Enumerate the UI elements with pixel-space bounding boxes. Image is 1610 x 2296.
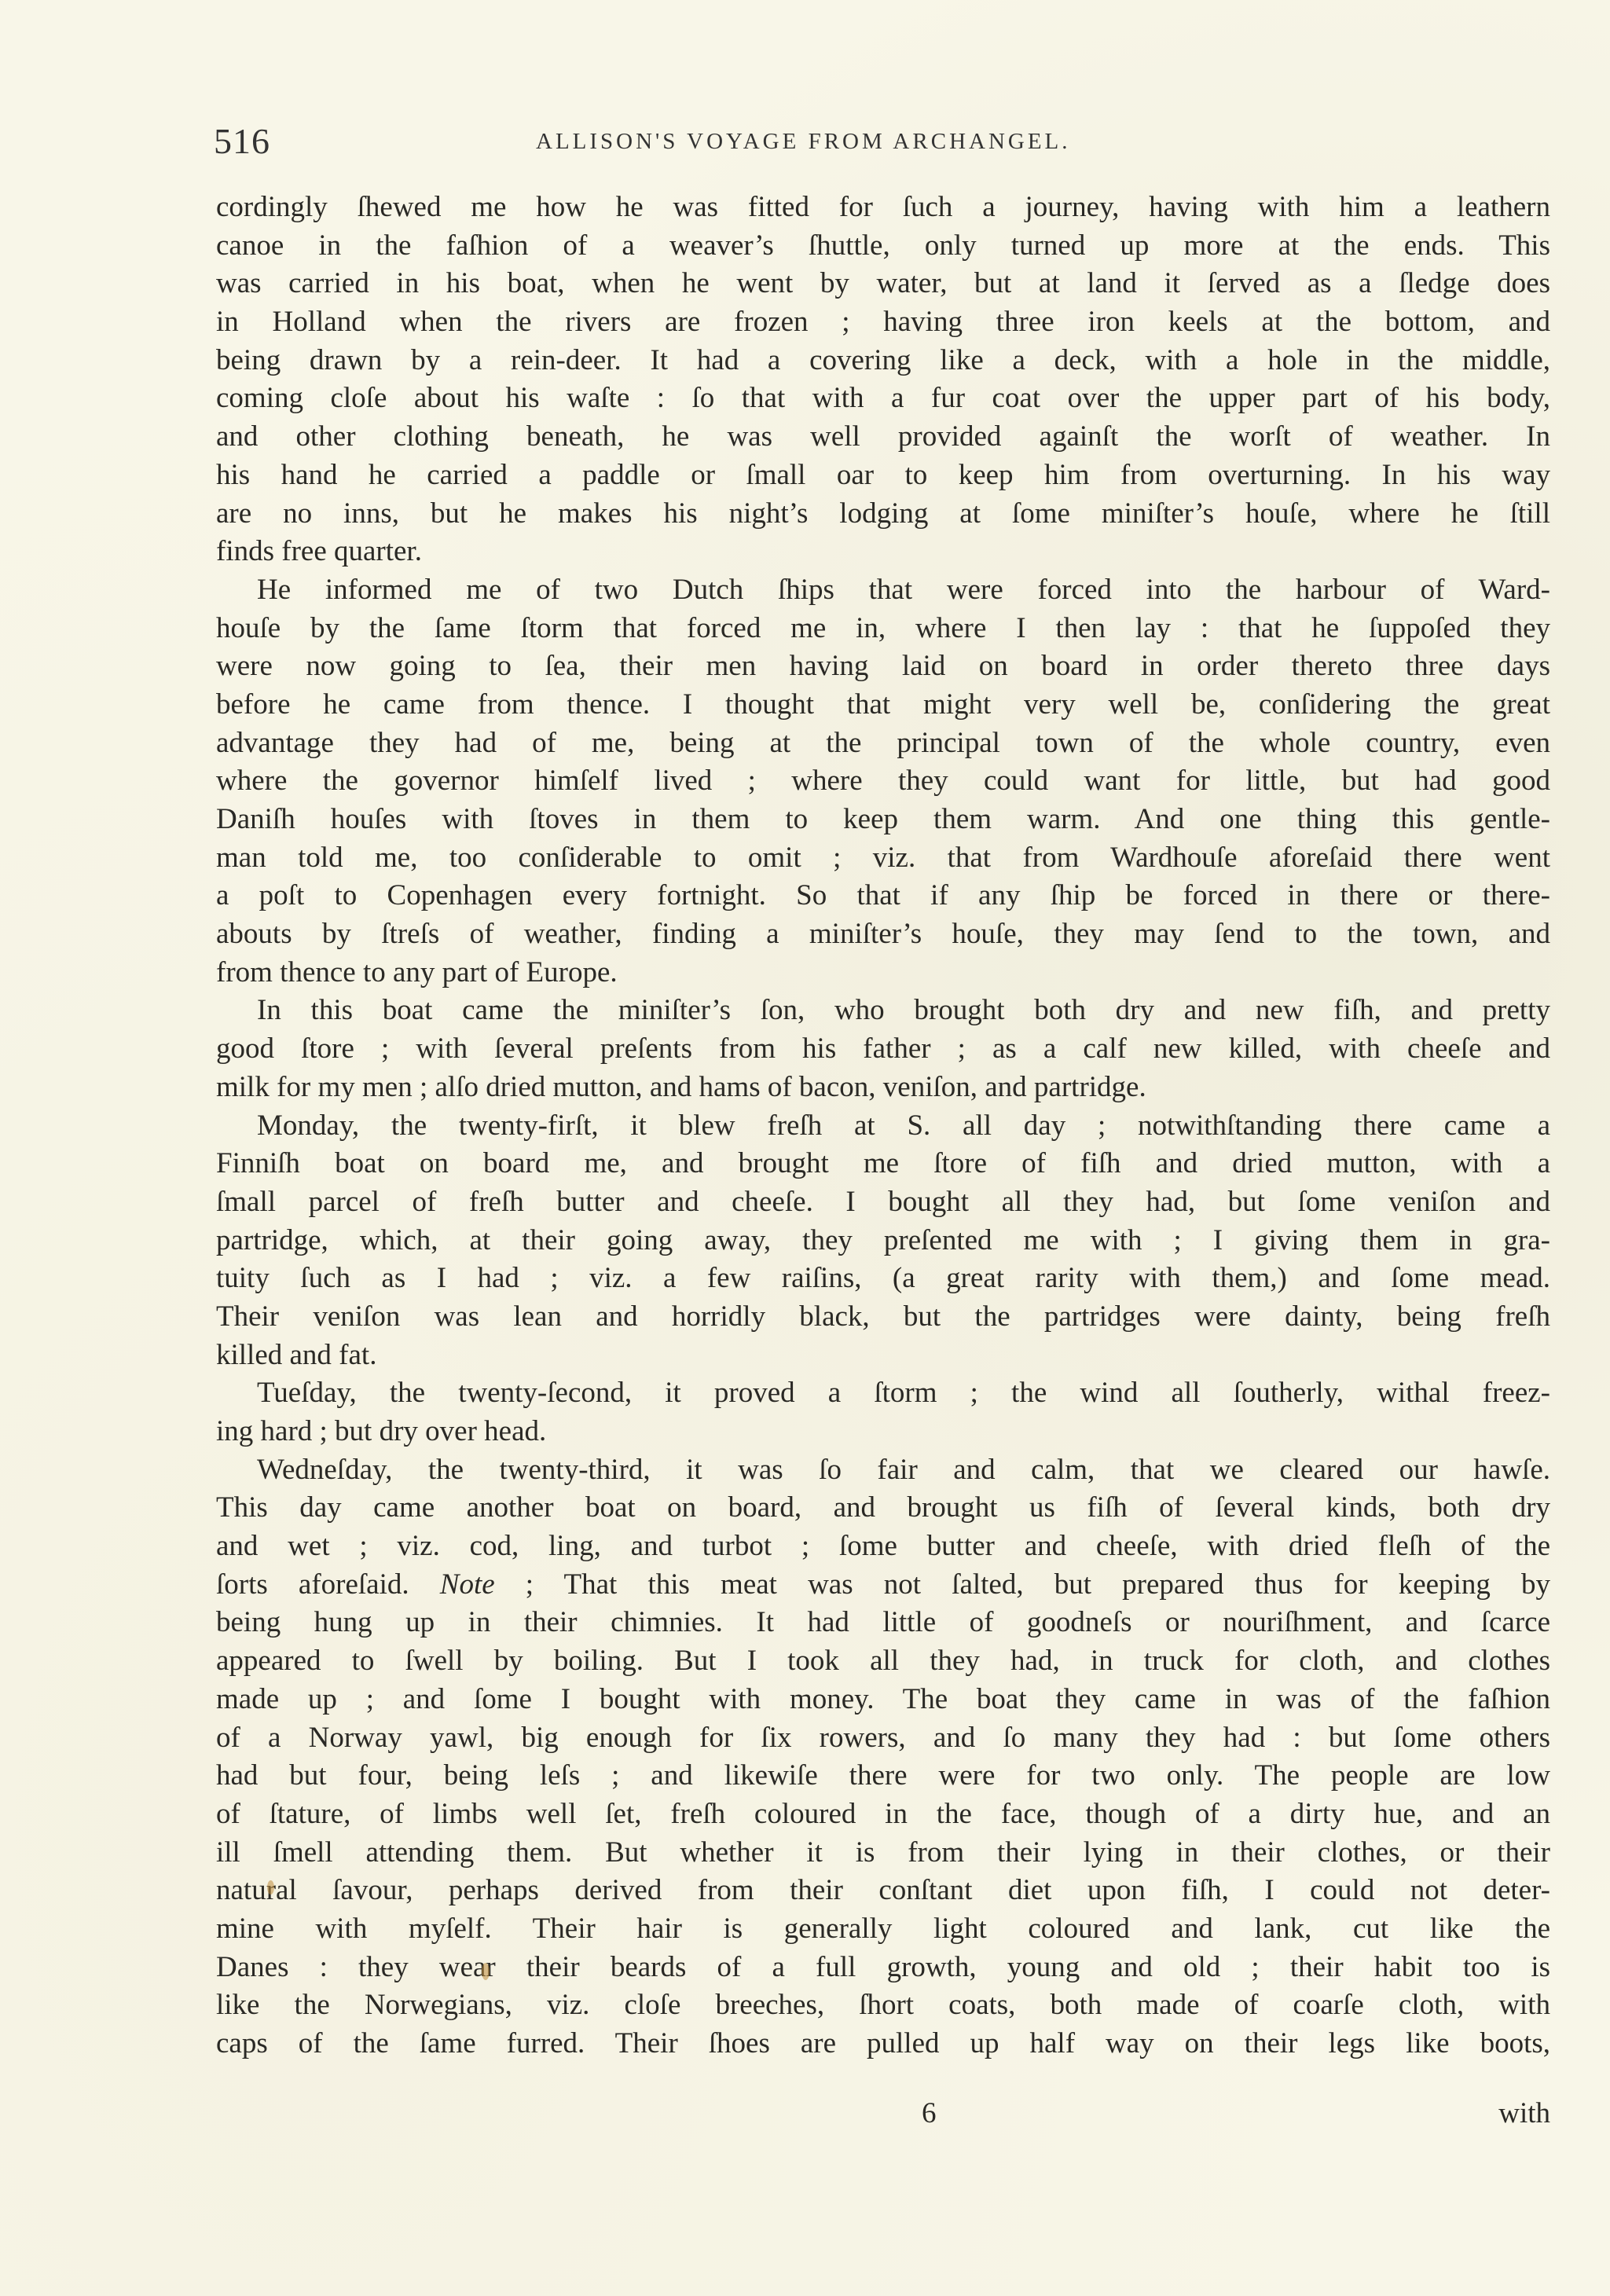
paragraph-first-line: He informed me of two Dutch ſhips that w… (216, 571, 1550, 610)
text-line: houſe by the ſame ſtorm that forced me i… (216, 610, 1550, 648)
text-line: where the governor himſelf lived ; where… (216, 762, 1550, 801)
text-line: partridge, which, at their going away, t… (216, 1222, 1550, 1260)
book-page: 516 Allison's Voyage from Archangel. cor… (0, 0, 1610, 2296)
text-line: good ſtore ; with ſeveral preſents from … (216, 1030, 1550, 1069)
text-line: Danes : they wear their beards of a full… (216, 1949, 1550, 1987)
italic-note: Note (440, 1568, 495, 1601)
text-line: coming cloſe about his waſte : ſo that w… (216, 380, 1550, 418)
text-line: and wet ; viz. cod, ling, and turbot ; ſ… (216, 1528, 1550, 1566)
signature-mark: 6 (922, 2094, 937, 2133)
text-line: advantage they had of me, being at the p… (216, 724, 1550, 763)
text-line: his hand he carried a paddle or ſmall oa… (216, 457, 1550, 495)
text-line: being drawn by a rein-deer. It had a cov… (216, 342, 1550, 380)
text-line: were now going to ſea, their men having … (216, 647, 1550, 686)
text-line: and other clothing beneath, he was well … (216, 418, 1550, 457)
text-line: natural ſavour, perhaps derived from the… (216, 1872, 1550, 1910)
text-line: of ſtature, of limbs well ſet, freſh col… (216, 1795, 1550, 1834)
text-line: Finniſh boat on board me, and brought me… (216, 1145, 1550, 1183)
paragraph-first-line: In this boat came the miniſter’s ſon, wh… (216, 992, 1550, 1030)
text-line: abouts by ſtreſs of weather, finding a m… (216, 915, 1550, 954)
text-line: tuity ſuch as I had ; viz. a few raiſins… (216, 1260, 1550, 1298)
text-line: was carried in his boat, when he went by… (216, 265, 1550, 303)
text-line: killed and fat. (216, 1337, 1550, 1375)
paragraph-first-line: Wedneſday, the twenty-third, it was ſo f… (216, 1451, 1550, 1490)
page-footer: 6 with (216, 2094, 1550, 2133)
paragraph-first-line: Tueſday, the twenty-ſecond, it proved a … (216, 1374, 1550, 1413)
text-line: from thence to any part of Europe. (216, 954, 1550, 992)
text-line: cordingly ſhewed me how he was fitted fo… (216, 189, 1550, 227)
page-number: 516 (214, 118, 270, 165)
text-run: ; That this meat was not ſalted, but pre… (495, 1568, 1550, 1601)
text-line: ſorts aforeſaid. Note ; That this meat w… (216, 1566, 1550, 1605)
catchword: with (1498, 2094, 1550, 2133)
text-run: ſorts aforeſaid. (216, 1568, 440, 1601)
text-line: Daniſh houſes with ſtoves in them to kee… (216, 801, 1550, 839)
text-line: milk for my men ; alſo dried mutton, and… (216, 1069, 1550, 1107)
text-line: man told me, too conſiderable to omit ; … (216, 839, 1550, 878)
text-line: in Holland when the rivers are frozen ; … (216, 303, 1550, 342)
text-line: had but four, being leſs ; and likewiſe … (216, 1757, 1550, 1795)
foxing-stain (267, 1880, 274, 1894)
text-line: ing hard ; but dry over head. (216, 1413, 1550, 1451)
text-line: Their veniſon was lean and horridly blac… (216, 1298, 1550, 1337)
text-line: caps of the ſame furred. Their ſhoes are… (216, 2025, 1550, 2063)
paragraph-first-line: Monday, the twenty-firſt, it blew freſh … (216, 1107, 1550, 1146)
text-line: ſmall parcel of freſh butter and cheeſe.… (216, 1183, 1550, 1222)
text-line: finds free quarter. (216, 533, 1550, 571)
foxing-stain (482, 1963, 490, 1980)
text-line: appeared to ſwell by boiling. But I took… (216, 1642, 1550, 1681)
body-text: cordingly ſhewed me how he was fitted fo… (216, 189, 1550, 2063)
text-line: of a Norway yawl, big enough for ſix row… (216, 1719, 1550, 1758)
running-title: Allison's Voyage from Archangel. (536, 126, 1071, 157)
text-line: This day came another boat on board, and… (216, 1489, 1550, 1528)
text-line: before he came from thence. I thought th… (216, 686, 1550, 724)
text-line: ill ſmell attending them. But whether it… (216, 1834, 1550, 1872)
running-head: 516 Allison's Voyage from Archangel. (214, 118, 1549, 165)
text-line: a poſt to Copenhagen every fortnight. So… (216, 877, 1550, 915)
text-line: like the Norwegians, viz. cloſe breeches… (216, 1986, 1550, 2025)
text-line: mine with myſelf. Their hair is generall… (216, 1910, 1550, 1949)
text-line: canoe in the faſhion of a weaver’s ſhutt… (216, 227, 1550, 266)
text-line: being hung up in their chimnies. It had … (216, 1604, 1550, 1642)
text-line: made up ; and ſome I bought with money. … (216, 1681, 1550, 1719)
text-line: are no inns, but he makes his night’s lo… (216, 495, 1550, 534)
